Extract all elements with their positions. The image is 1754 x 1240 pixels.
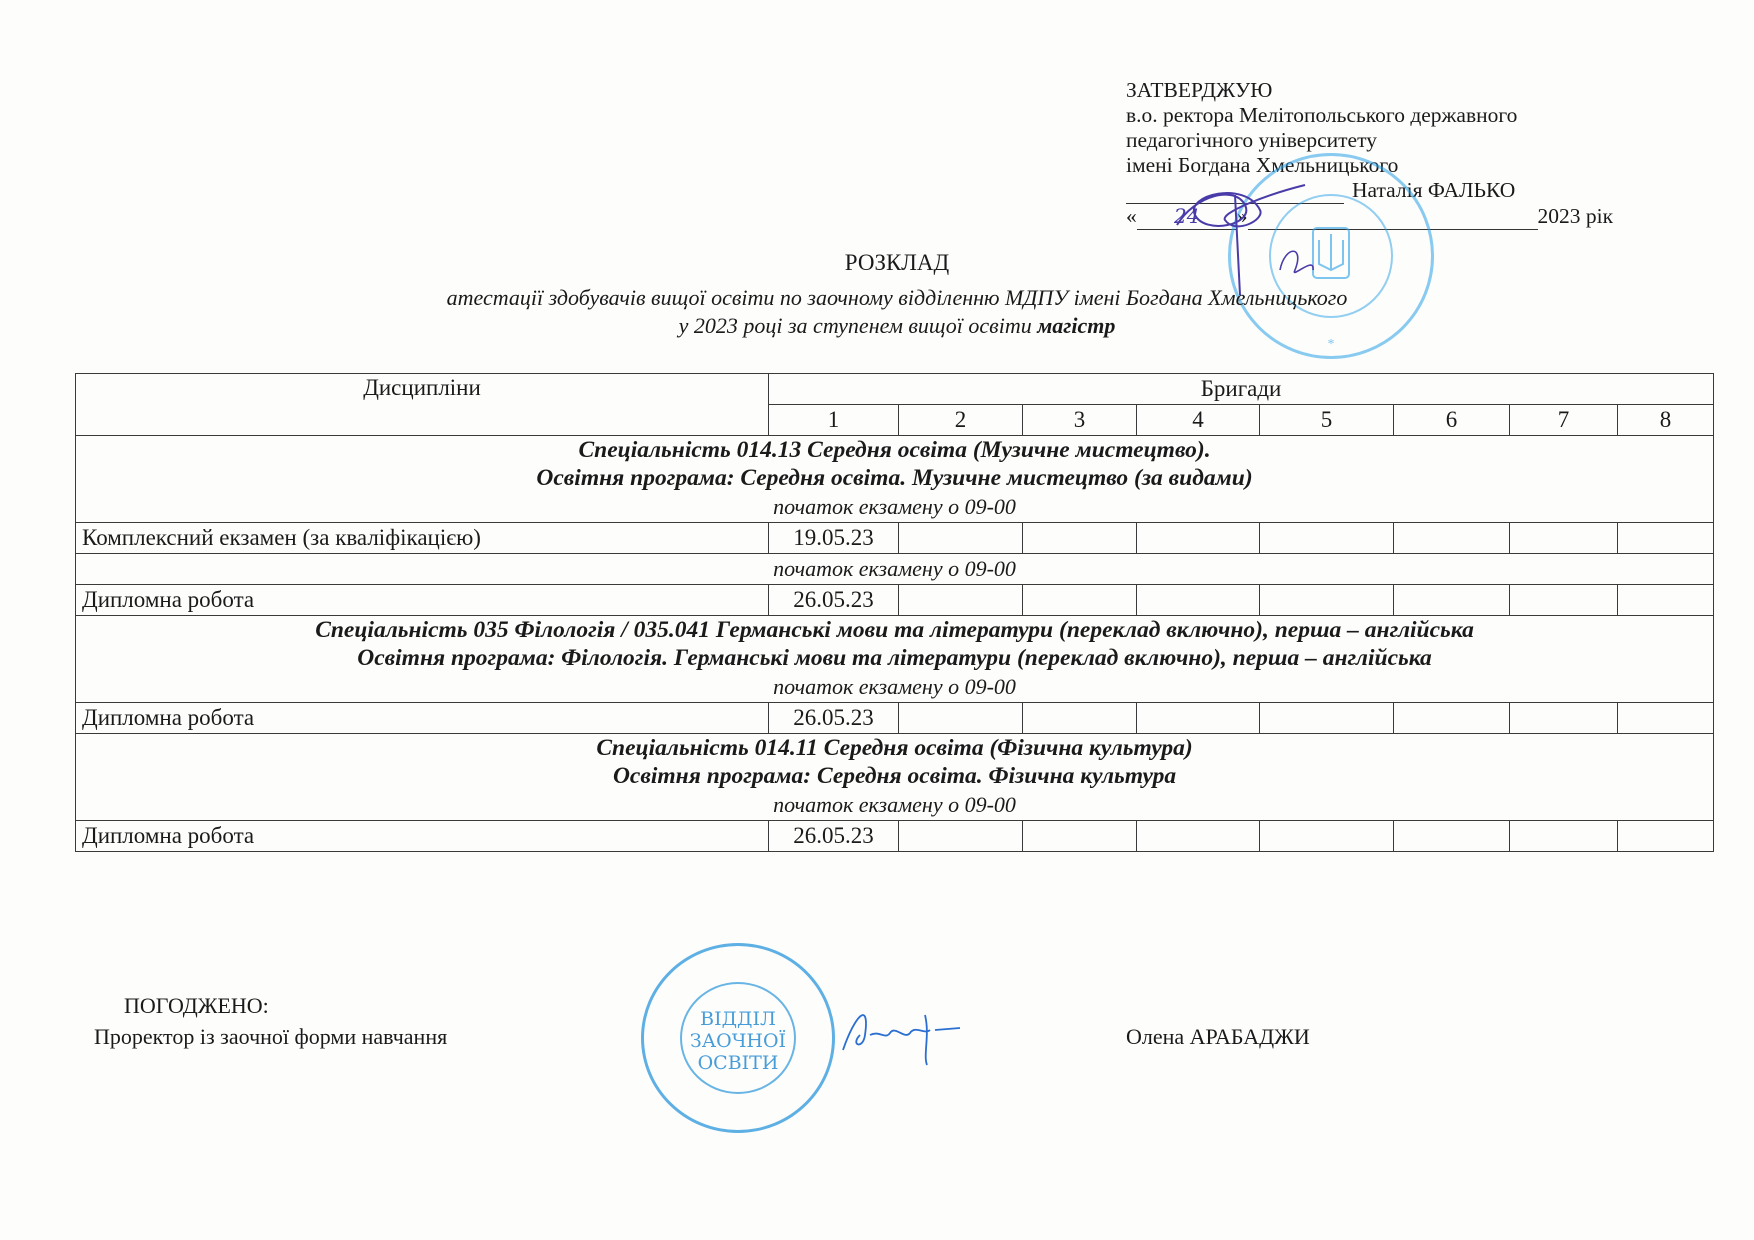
stamp-line: ВІДДІЛ [680, 1008, 796, 1030]
program-title: Освітня програма: Середня освіта. Фізичн… [82, 762, 1707, 790]
brigade-date [1618, 585, 1714, 616]
specialty-title: Спеціальність 014.13 Середня освіта (Муз… [82, 436, 1707, 464]
brigade-date [899, 703, 1023, 734]
exam-start-time: початок екзамену о 09-00 [76, 554, 1714, 585]
degree-label: магістр [1037, 313, 1115, 338]
brigade-date [1394, 703, 1510, 734]
exam-start-time: початок екзамену о 09-00 [82, 672, 1707, 702]
brigade-date [1137, 585, 1260, 616]
agreed-label: ПОГОДЖЕНО: [124, 993, 269, 1019]
exam-start-row: початок екзамену о 09-00 [76, 554, 1714, 585]
specialty-title: Спеціальність 035 Філологія / 035.041 Ге… [82, 616, 1707, 644]
brigade-date: 19.05.23 [769, 523, 899, 554]
brigade-date [1137, 821, 1260, 852]
brigade-date [1394, 523, 1510, 554]
brigade-number: 1 [769, 405, 899, 436]
brigade-date [1023, 703, 1137, 734]
document-subtitle: атестації здобувачів вищої освіти по зао… [0, 284, 1754, 340]
brigade-date [1260, 821, 1394, 852]
department-stamp: ВІДДІЛ ЗАОЧНОЇ ОСВІТИ [641, 943, 835, 1133]
section-header: Спеціальність 035 Філологія / 035.041 Ге… [76, 616, 1714, 703]
brigade-date: 26.05.23 [769, 703, 899, 734]
brigade-date [1137, 703, 1260, 734]
approval-line-2: педагогічного університету [1126, 128, 1613, 153]
exam-start-time: початок екзамену о 09-00 [82, 492, 1707, 522]
brigade-number: 4 [1137, 405, 1260, 436]
brigade-date [1260, 523, 1394, 554]
brigade-date [1510, 585, 1618, 616]
brigade-date [1618, 523, 1714, 554]
subtitle-line-2: у 2023 році за ступенем вищої освіти маг… [0, 312, 1754, 340]
discipline-name: Дипломна робота [76, 585, 769, 616]
section-header: Спеціальність 014.11 Середня освіта (Фіз… [76, 734, 1714, 821]
section-header: Спеціальність 014.13 Середня освіта (Муз… [76, 436, 1714, 523]
brigade-date [1618, 821, 1714, 852]
brigade-date [899, 585, 1023, 616]
program-title: Освітня програма: Філологія. Германські … [82, 644, 1707, 672]
brigade-date [1260, 585, 1394, 616]
brigade-number: 7 [1510, 405, 1618, 436]
brigade-number: 2 [899, 405, 1023, 436]
discipline-name: Дипломна робота [76, 703, 769, 734]
table-row: Комплексний екзамен (за кваліфікацією) 1… [76, 523, 1714, 554]
program-title: Освітня програма: Середня освіта. Музичн… [82, 464, 1707, 492]
stamp-line: ЗАОЧНОЇ [680, 1030, 796, 1052]
brigade-date: 26.05.23 [769, 585, 899, 616]
brigade-date [1394, 585, 1510, 616]
discipline-name: Дипломна робота [76, 821, 769, 852]
brigade-date [1510, 821, 1618, 852]
discipline-name: Комплексний екзамен (за кваліфікацією) [76, 523, 769, 554]
agreed-name: Олена АРАБАДЖИ [1126, 1024, 1310, 1050]
table-row: Дипломна робота 26.05.23 [76, 703, 1714, 734]
brigade-date [1023, 821, 1137, 852]
brigade-number: 8 [1618, 405, 1714, 436]
header-brigades: Бригади [769, 374, 1714, 405]
approval-year: 2023 рік [1538, 204, 1614, 228]
brigade-number: 5 [1260, 405, 1394, 436]
brigade-date [1260, 703, 1394, 734]
schedule-table: Дисципліни Бригади 1 2 3 4 5 6 7 8 Спеці… [75, 373, 1714, 852]
table-row: Дипломна робота 26.05.23 [76, 821, 1714, 852]
stamp-line: ОСВІТИ [680, 1052, 796, 1074]
document-title: РОЗКЛАД [0, 250, 1754, 276]
approval-heading: ЗАТВЕРДЖУЮ [1126, 78, 1613, 103]
brigade-date [1023, 585, 1137, 616]
header-row: Дисципліни Бригади [76, 374, 1714, 405]
brigade-date [899, 821, 1023, 852]
header-disciplines: Дисципліни [76, 374, 769, 436]
subtitle-line-1: атестації здобувачів вищої освіти по зао… [0, 284, 1754, 312]
brigade-date [1023, 523, 1137, 554]
brigade-number: 6 [1394, 405, 1510, 436]
brigade-number: 3 [1023, 405, 1137, 436]
agreed-position: Проректор із заочної форми навчання [94, 1024, 447, 1050]
brigade-date [1394, 821, 1510, 852]
prorector-signature-icon [835, 995, 965, 1075]
brigade-date: 26.05.23 [769, 821, 899, 852]
approval-line-1: в.о. ректора Мелітопольського державного [1126, 103, 1613, 128]
specialty-title: Спеціальність 014.11 Середня освіта (Фіз… [82, 734, 1707, 762]
brigade-date [899, 523, 1023, 554]
table-row: Дипломна робота 26.05.23 [76, 585, 1714, 616]
brigade-date [1510, 523, 1618, 554]
brigade-date [1618, 703, 1714, 734]
brigade-date [1510, 703, 1618, 734]
brigade-date [1137, 523, 1260, 554]
exam-start-time: початок екзамену о 09-00 [82, 790, 1707, 820]
